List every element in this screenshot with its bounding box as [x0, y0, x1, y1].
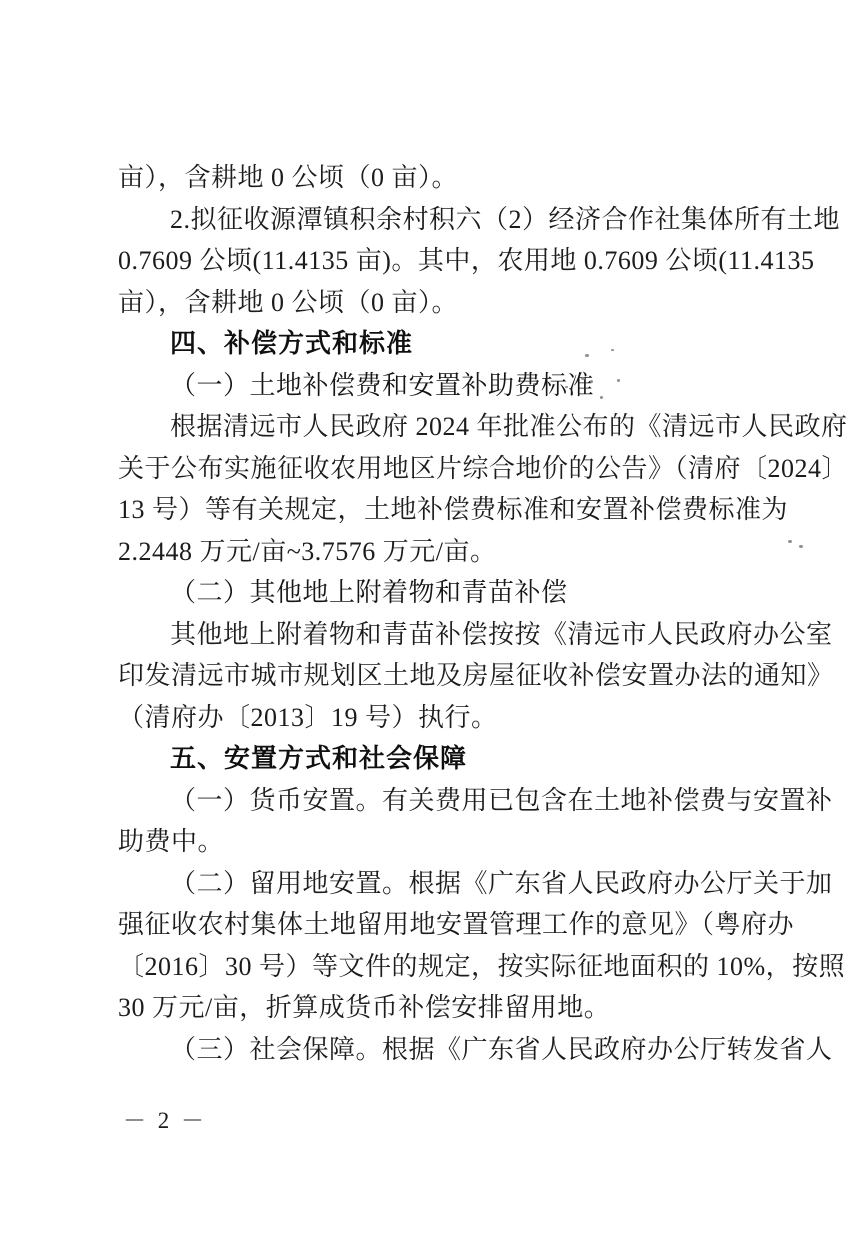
body-text-line: （清府办〔2013〕19 号）执行。 — [118, 697, 798, 739]
body-text-line: 2.拟征收源潭镇积余村积六（2）经济合作社集体所有土地 — [118, 199, 798, 241]
scan-noise-speck — [799, 545, 803, 548]
section-heading: 五、安置方式和社会保障 — [118, 738, 798, 780]
body-text-line: 〔2016〕30 号）等文件的规定，按实际征地面积的 10%，按照 — [118, 946, 798, 988]
scan-noise-speck — [565, 386, 568, 388]
body-text-line: 关于公布实施征收农用地区片综合地价的公告》（清府〔2024〕 — [118, 448, 798, 490]
body-text-line: 亩），含耕地 0 公顷（0 亩）。 — [118, 282, 798, 324]
page-number: － 2 － — [123, 1104, 207, 1138]
scan-noise-speck — [617, 379, 620, 382]
body-text-line: 2.2448 万元/亩~3.7576 万元/亩。 — [118, 531, 798, 573]
body-text-line: 其他地上附着物和青苗补偿按按《清远市人民政府办公室 — [118, 614, 798, 656]
scan-noise-speck — [585, 354, 589, 357]
document-body: 亩），含耕地 0 公顷（0 亩）。2.拟征收源潭镇积余村积六（2）经济合作社集体… — [118, 157, 798, 1070]
scan-noise-speck — [611, 349, 614, 351]
body-text-line: 强征收农村集体土地留用地安置管理工作的意见》（粤府办 — [118, 904, 798, 946]
body-text-line: 根据清远市人民政府 2024 年批准公布的《清远市人民政府 — [118, 406, 798, 448]
scan-noise-speck — [600, 396, 603, 399]
body-text-line: 助费中。 — [118, 821, 798, 863]
body-text-line: 印发清远市城市规划区土地及房屋征收补偿安置办法的通知》 — [118, 655, 798, 697]
section-heading: 四、补偿方式和标准 — [118, 323, 798, 365]
body-text-line: 13 号）等有关规定，土地补偿费标准和安置补偿费标准为 — [118, 489, 798, 531]
body-text-line: 0.7609 公顷(11.4135 亩)。其中，农用地 0.7609 公顷(11… — [118, 240, 798, 282]
body-text-line: （一）货币安置。有关费用已包含在土地补偿费与安置补 — [118, 780, 798, 822]
body-text-line: （三）社会保障。根据《广东省人民政府办公厅转发省人 — [118, 1029, 798, 1071]
scan-noise-speck — [581, 377, 585, 380]
subsection-heading: （一）土地补偿费和安置补助费标准 — [118, 365, 798, 407]
scan-noise-speck — [590, 380, 593, 383]
subsection-heading: （二）其他地上附着物和青苗补偿 — [118, 572, 798, 614]
body-text-line: 30 万元/亩，折算成货币补偿安排留用地。 — [118, 987, 798, 1029]
scan-noise-speck — [788, 540, 792, 543]
body-text-line: （二）留用地安置。根据《广东省人民政府办公厅关于加 — [118, 863, 798, 905]
document-page: 亩），含耕地 0 公顷（0 亩）。2.拟征收源潭镇积余村积六（2）经济合作社集体… — [0, 0, 850, 1239]
body-text-line: 亩），含耕地 0 公顷（0 亩）。 — [118, 157, 798, 199]
